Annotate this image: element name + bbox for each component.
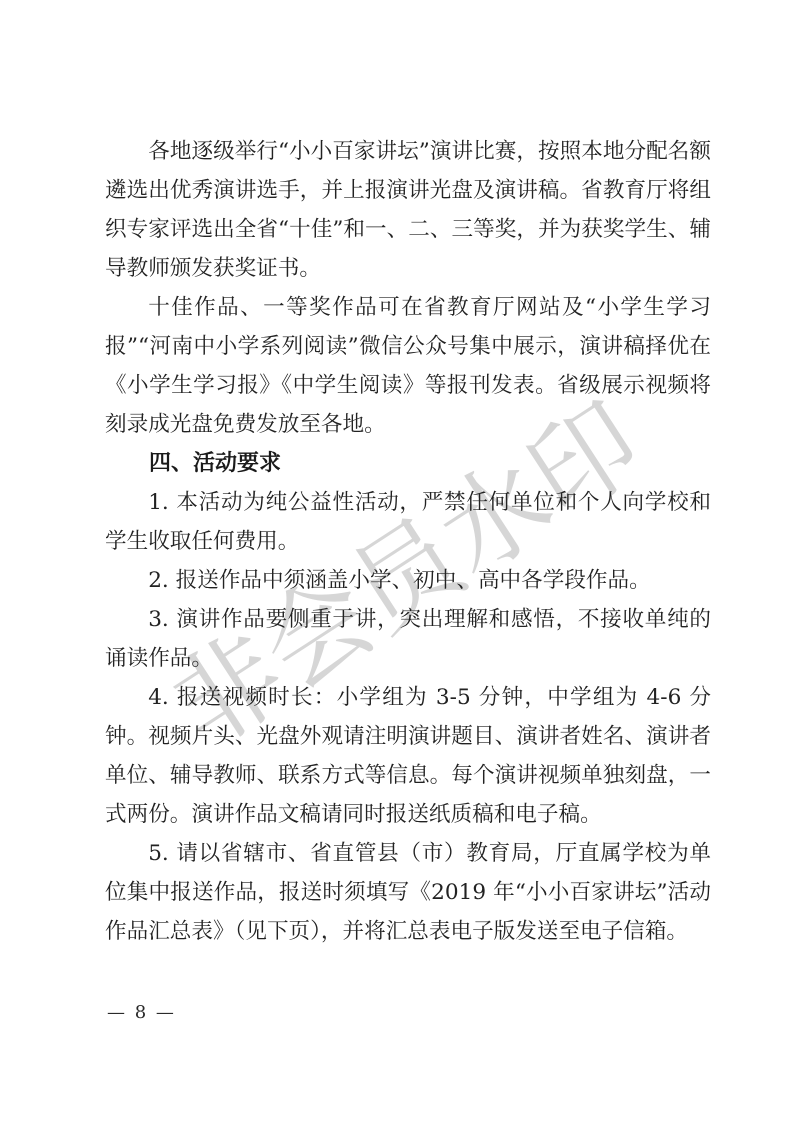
list-item-3-speech-focus: 3. 演讲作品要侧重于讲，突出理解和感悟，不接收单纯的诵读作品。 [105,600,711,678]
section-heading-activity-requirements: 四、活动要求 [105,444,711,483]
list-item-2-school-levels: 2. 报送作品中须涵盖小学、初中、高中各学段作品。 [105,561,711,600]
document-body: 各地逐级举行“小小百家讲坛”演讲比赛，按照本地分配名额遴选出优秀演讲选手，并上报… [105,132,711,951]
paragraph-award-display: 十佳作品、一等奖作品可在省教育厅网站及“小学生学习报”“河南中小学系列阅读”微信… [105,288,711,444]
document-page: 非会员水印 各地逐级举行“小小百家讲坛”演讲比赛，按照本地分配名额遴选出优秀演讲… [0,0,793,1122]
list-item-5-submission-units: 5. 请以省辖市、省直管县（市）教育局，厅直属学校为单位集中报送作品，报送时须填… [105,834,711,951]
list-item-4-video-length: 4. 报送视频时长：小学组为 3-5 分钟，中学组为 4-6 分钟。视频片头、光… [105,678,711,834]
paragraph-contest-selection: 各地逐级举行“小小百家讲坛”演讲比赛，按照本地分配名额遴选出优秀演讲选手，并上报… [105,132,711,288]
list-item-1-no-fees: 1. 本活动为纯公益性活动，严禁任何单位和个人向学校和学生收取任何费用。 [105,483,711,561]
page-number: — 8 — [107,1002,176,1024]
